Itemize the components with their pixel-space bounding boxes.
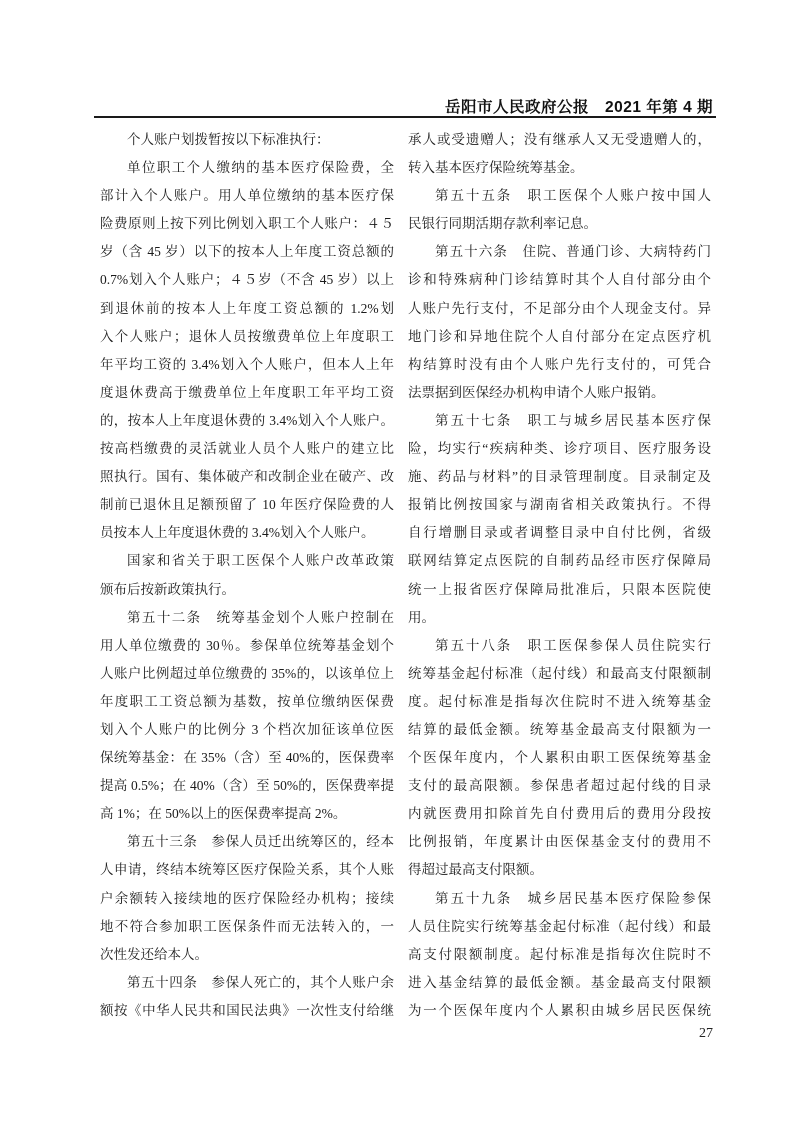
text-line: 承人或受遗赠人；没有继承人又无受遗赠人的， [408,126,711,154]
text-line: 第五十五条 职工医保个人账户按中国人 [408,182,711,210]
text-line: 联网结算定点医院的自制药品经市医疗保障局 [408,547,711,575]
text-line: 构结算时没有由个人账户先行支付的，可凭合 [408,351,711,379]
text-line: 按高档缴费的灵活就业人员个人账户的建立比 [100,435,394,463]
text-line: 高支付限额制度。起付标准是指每次住院时不 [408,941,711,969]
text-line: 保统筹基金：在 35%（含）至 40%的，医保费率 [100,744,394,772]
text-line: 施、药品与材料”的目录管理制度。目录制定及 [408,463,711,491]
text-line: 人账户比例超过单位缴费的 35%的，以该单位上 [100,660,394,688]
document-page: 岳阳市人民政府公报 2021 年第 4 期 个人账户划拨暂按以下标准执行：单位职… [0,0,793,1122]
text-line: 内就医费用扣除首先自付费用后的费用分段按 [408,800,711,828]
text-line: 险，均实行“疾病种类、诊疗项目、医疗服务设 [408,435,711,463]
text-line: 为一个医保年度内个人累积由城乡居民医保统 [408,997,711,1025]
text-line: 第五十八条 职工医保参保人员住院实行 [408,632,711,660]
text-line: 民银行同期活期存款利率记息。 [408,210,711,238]
text-line: 户余额转入接续地的医疗保险经办机构；接续 [100,885,394,913]
text-line: 制前已退休且足额预留了 10 年医疗保险费的人 [100,491,394,519]
text-line: 度退休费高于缴费单位上年度职工年平均工资 [100,379,394,407]
text-line: 高 1%；在 50%以上的医保费率提高 2%。 [100,800,394,828]
text-line: 地不符合参加职工医保条件而无法转入的，一 [100,913,394,941]
text-line: 划入个人账户的比例分 3 个档次加征该单位医 [100,716,394,744]
text-line: 人账户先行支付，不足部分由个人现金支付。异 [408,295,711,323]
text-line: 转入基本医疗保险统筹基金。 [408,154,711,182]
text-line: 统筹基金起付标准（起付线）和最高支付限额制 [408,660,711,688]
text-line: 年度职工工资总额为基数，按单位缴纳医保费 [100,688,394,716]
text-line: 国家和省关于职工医保个人账户改革政策 [100,547,394,575]
text-line: 险费原则上按下列比例划入职工个人账户：４５ [100,210,394,238]
gazette-header-title: 岳阳市人民政府公报 2021 年第 4 期 [445,95,713,117]
text-line: 第五十四条 参保人死亡的，其个人账户余 [100,969,394,997]
text-column-left: 个人账户划拨暂按以下标准执行：单位职工个人缴纳的基本医疗保险费，全部计入个人账户… [100,126,394,1025]
text-line: 第五十七条 职工与城乡居民基本医疗保 [408,407,711,435]
text-line: 度。起付标准是指每次住院时不进入统筹基金 [408,688,711,716]
text-line: 提高 0.5%；在 40%（含）至 50%的，医保费率提 [100,772,394,800]
text-line: 用。 [408,604,711,632]
text-line: 人员住院实行统筹基金起付标准（起付线）和最 [408,913,711,941]
text-line: 第五十二条 统筹基金划个人账户控制在 [100,604,394,632]
text-column-right: 承人或受遗赠人；没有继承人又无受遗赠人的，转入基本医疗保险统筹基金。第五十五条 … [408,126,711,1025]
text-line: 第五十六条 住院、普通门诊、大病特药门 [408,238,711,266]
text-line: 次性发还给本人。 [100,941,394,969]
page-number: 27 [688,1026,724,1042]
text-line: 法票据到医保经办机构申请个人账户报销。 [408,379,711,407]
header-rule [94,116,716,118]
text-line: 自行增删目录或者调整目录中自付比例，省级 [408,519,711,547]
text-line: 比例报销，年度累计由医保基金支付的费用不 [408,828,711,856]
text-line: 人申请，终结本统筹区医疗保险关系，其个人账 [100,856,394,884]
text-line: 支付的最高限额。参保患者超过起付线的目录 [408,772,711,800]
document-body: 个人账户划拨暂按以下标准执行：单位职工个人缴纳的基本医疗保险费，全部计入个人账户… [100,126,711,1025]
text-line: 报销比例按国家与湖南省相关政策执行。不得 [408,491,711,519]
text-line: 0.7%划入个人账户；４５岁（不含 45 岁）以上 [100,266,394,294]
text-line: 员按本人上年度退休费的 3.4%划入个人账户。 [100,519,394,547]
text-line: 进入基金结算的最低金额。基金最高支付限额 [408,969,711,997]
text-line: 单位职工个人缴纳的基本医疗保险费，全 [100,154,394,182]
text-line: 入个人账户；退休人员按缴费单位上年度职工 [100,323,394,351]
text-line: 第五十三条 参保人员迁出统筹区的，经本 [100,828,394,856]
text-line: 个医保年度内，个人累积由职工医保统筹基金 [408,744,711,772]
text-line: 岁（含 45 岁）以下的按本人上年度工资总额的 [100,238,394,266]
text-line: 第五十九条 城乡居民基本医疗保险参保 [408,885,711,913]
text-line: 统一上报省医疗保障局批准后，只限本医院使 [408,576,711,604]
text-line: 额按《中华人民共和国民法典》一次性支付给继 [100,997,394,1025]
text-line: 结算的最低金额。统筹基金最高支付限额为一 [408,716,711,744]
text-line: 颁布后按新政策执行。 [100,576,394,604]
text-line: 诊和特殊病种门诊结算时其个人自付部分由个 [408,266,711,294]
text-line: 用人单位缴费的 30％。参保单位统筹基金划个 [100,632,394,660]
text-line: 到退休前的按本人上年度工资总额的 1.2%划 [100,295,394,323]
text-line: 地门诊和异地住院个人自付部分在定点医疗机 [408,323,711,351]
text-line: 照执行。国有、集体破产和改制企业在破产、改 [100,463,394,491]
text-line: 个人账户划拨暂按以下标准执行： [100,126,394,154]
text-line: 的，按本人上年度退休费的 3.4%划入个人账户。 [100,407,394,435]
text-line: 得超过最高支付限额。 [408,856,711,884]
text-line: 年平均工资的 3.4%划入个人账户，但本人上年 [100,351,394,379]
text-line: 部计入个人账户。用人单位缴纳的基本医疗保 [100,182,394,210]
